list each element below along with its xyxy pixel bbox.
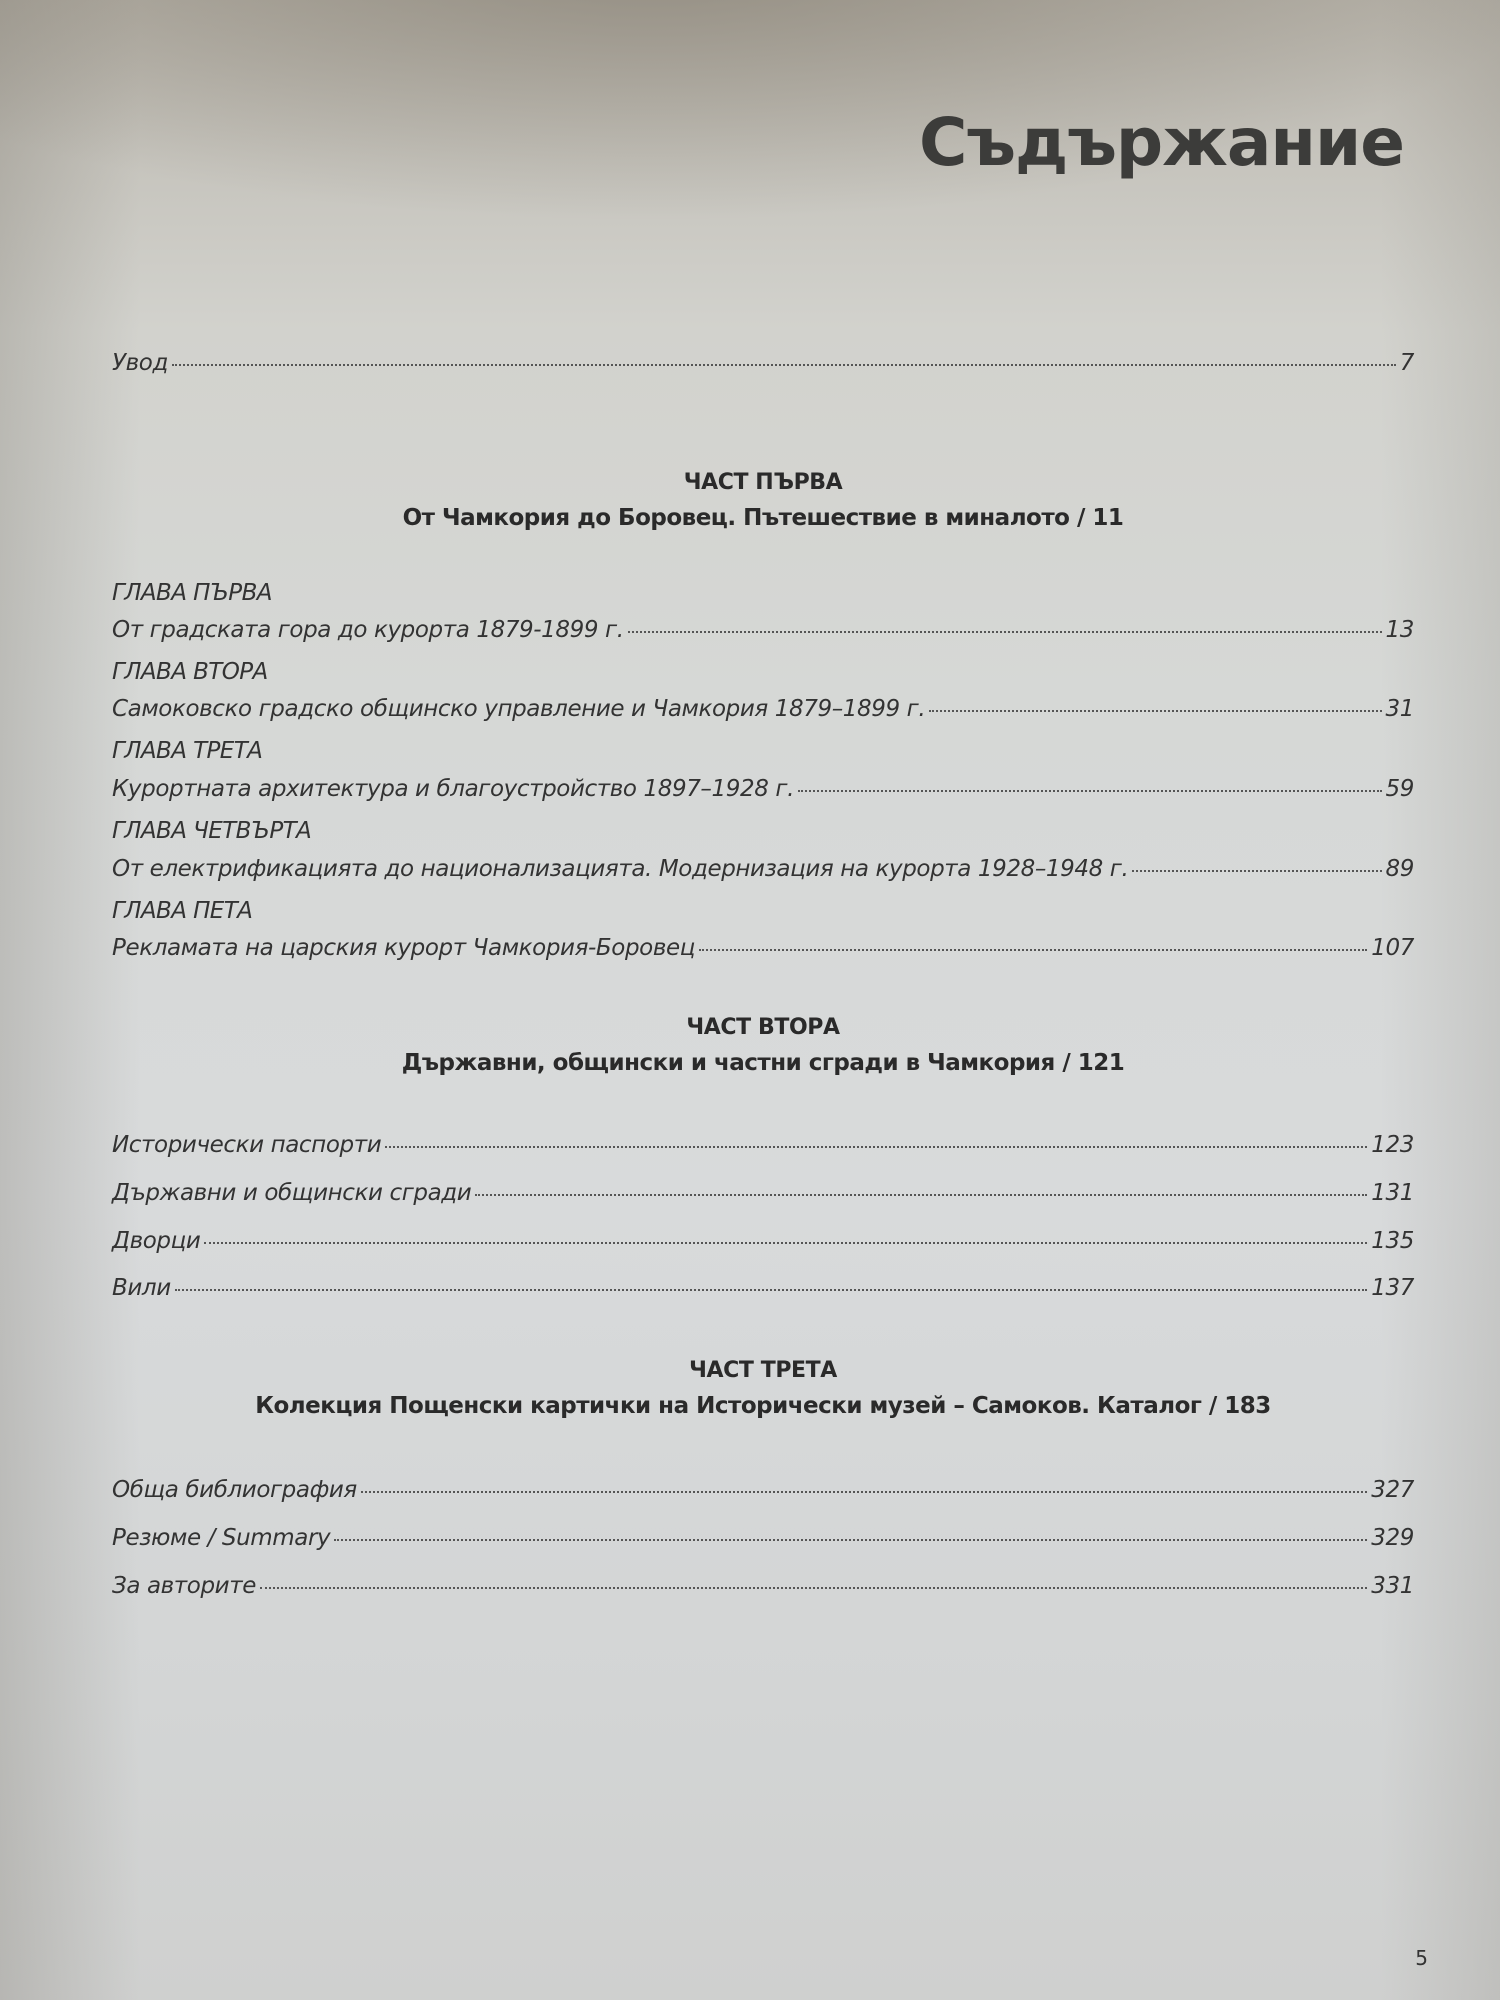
dot-leader	[1132, 870, 1381, 872]
toc-entry-page: 13	[1386, 617, 1414, 643]
dot-leader	[175, 1289, 1368, 1291]
page-number: 5	[1415, 1946, 1428, 1970]
dot-leader	[334, 1539, 1367, 1541]
toc-entry-chapter[interactable]: Курортната архитектура и благоустройство…	[112, 776, 1414, 802]
chapter-label: ГЛАВА ПЕТА	[112, 898, 252, 924]
toc-entry-chapter[interactable]: От градската гора до курорта 1879-1899 г…	[112, 617, 1414, 643]
toc-entry-label: Обща библиография	[112, 1477, 357, 1503]
dot-leader	[798, 790, 1382, 792]
toc-entry-label: Вили	[112, 1275, 171, 1301]
toc-entry-page: 89	[1386, 856, 1414, 882]
dot-leader	[628, 631, 1382, 633]
toc-entry-page: 107	[1371, 935, 1414, 961]
toc-entry[interactable]: Дворци 135	[112, 1228, 1414, 1254]
part-heading: ЧАСТ ПЪРВА	[112, 470, 1414, 495]
toc-entry-chapter[interactable]: Рекламата на царския курорт Чамкория-Бор…	[112, 935, 1414, 961]
dot-leader	[172, 364, 1396, 366]
toc-entry-label: Държавни и общински сгради	[112, 1180, 471, 1206]
toc-entry-page: 137	[1371, 1275, 1414, 1301]
dot-leader	[475, 1194, 1367, 1196]
toc-entry-bibliography[interactable]: Обща библиография 327	[112, 1477, 1414, 1503]
dot-leader	[361, 1491, 1367, 1493]
toc-entry-label: Резюме / Summary	[112, 1525, 330, 1551]
toc-entry-label: Самоковско градско общинско управление и…	[112, 696, 925, 722]
part-subtitle[interactable]: Държавни, общински и частни сгради в Чам…	[112, 1050, 1414, 1076]
dot-leader	[385, 1146, 1367, 1148]
toc-entry-label: За авторите	[112, 1573, 256, 1599]
page-shadow	[0, 0, 1500, 2000]
toc-entry-label: Курортната архитектура и благоустройство…	[112, 776, 794, 802]
part-subtitle[interactable]: Колекция Пощенски картички на Историческ…	[112, 1393, 1414, 1419]
part-heading: ЧАСТ ВТОРА	[112, 1015, 1414, 1040]
part-subtitle[interactable]: От Чамкория до Боровец. Пътешествие в ми…	[112, 505, 1414, 531]
toc-entry-label: Рекламата на царския курорт Чамкория-Бор…	[112, 935, 695, 961]
toc-entry[interactable]: Държавни и общински сгради 131	[112, 1180, 1414, 1206]
toc-entry-label: Увод	[112, 350, 168, 376]
toc-entry[interactable]: Исторически паспорти 123	[112, 1132, 1414, 1158]
dot-leader	[204, 1242, 1367, 1244]
toc-entry-label: От електрификацията до национализацията.…	[112, 856, 1128, 882]
dot-leader	[929, 710, 1381, 712]
toc-entry-chapter[interactable]: От електрификацията до национализацията.…	[112, 856, 1414, 882]
part-heading: ЧАСТ ТРЕТА	[112, 1358, 1414, 1383]
chapter-label: ГЛАВА ПЪРВА	[112, 580, 272, 606]
toc-entry-page: 123	[1371, 1132, 1414, 1158]
toc-entry-page: 329	[1371, 1525, 1414, 1551]
toc-entry-page: 135	[1371, 1228, 1414, 1254]
chapter-label: ГЛАВА ТРЕТА	[112, 738, 262, 764]
toc-entry-page: 31	[1386, 696, 1414, 722]
toc-entry-authors[interactable]: За авторите 331	[112, 1573, 1414, 1599]
toc-entry-page: 131	[1371, 1180, 1414, 1206]
toc-entry-page: 331	[1371, 1573, 1414, 1599]
chapter-label: ГЛАВА ЧЕТВЪРТА	[112, 818, 311, 844]
toc-entry-intro[interactable]: Увод 7	[112, 350, 1414, 376]
toc-entry-label: От градската гора до курорта 1879-1899 г…	[112, 617, 624, 643]
toc-entry-chapter[interactable]: Самоковско градско общинско управление и…	[112, 696, 1414, 722]
page-title: Съдържание	[919, 104, 1404, 181]
toc-entry-page: 327	[1371, 1477, 1414, 1503]
dot-leader	[699, 949, 1367, 951]
chapter-label: ГЛАВА ВТОРА	[112, 659, 268, 685]
toc-entry-page: 59	[1386, 776, 1414, 802]
toc-entry[interactable]: Вили 137	[112, 1275, 1414, 1301]
toc-entry-label: Исторически паспорти	[112, 1132, 381, 1158]
toc-entry-page: 7	[1400, 350, 1414, 376]
dot-leader	[260, 1587, 1367, 1589]
toc-entry-label: Дворци	[112, 1228, 200, 1254]
toc-entry-summary[interactable]: Резюме / Summary 329	[112, 1525, 1414, 1551]
